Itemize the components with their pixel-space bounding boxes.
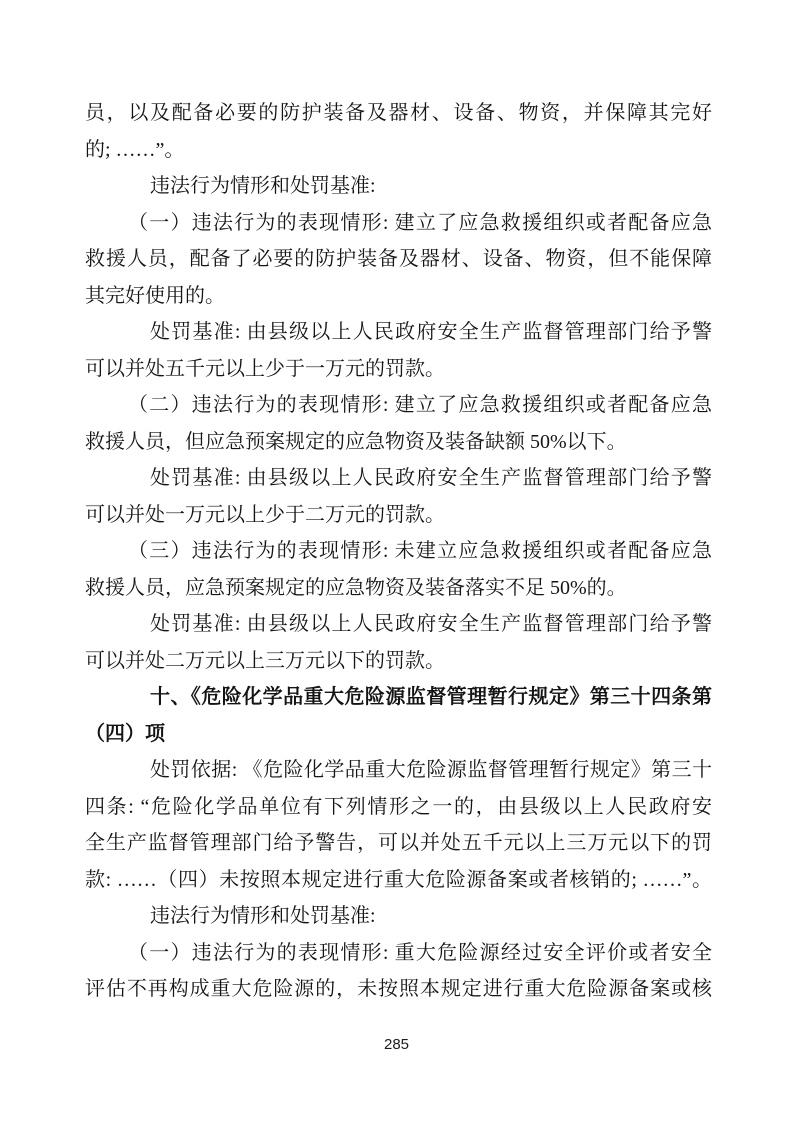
text-line: （一）违法行为的表现情形: 建立了应急救援组织或者配备应急	[85, 205, 712, 242]
text-line: （一）违法行为的表现情形: 重大危险源经过安全评价或者安全	[85, 935, 712, 972]
text-line: 评估不再构成重大危险源的，未按照本规定进行重大危险源备案或核	[85, 971, 712, 1008]
text-line: 处罚基准: 由县级以上人民政府安全生产监督管理部门给予警告，	[85, 460, 712, 497]
text-line: 可以并处五千元以上少于一万元的罚款。	[85, 351, 712, 388]
text-line: （二）违法行为的表现情形: 建立了应急救援组织或者配备应急	[85, 387, 712, 424]
text-line: 处罚基准: 由县级以上人民政府安全生产监督管理部门给予警告，	[85, 314, 712, 351]
text-line: 救援人员，但应急预案规定的应急物资及装备缺额 50%以下。	[85, 424, 712, 461]
text-line: （三）违法行为的表现情形: 未建立应急救援组织或者配备应急	[85, 533, 712, 570]
text-line: 可以并处一万元以上少于二万元的罚款。	[85, 497, 712, 534]
text-line: 救援人员，应急预案规定的应急物资及装备落实不足 50%的。	[85, 570, 712, 607]
text-line: 款: ……（四）未按照本规定进行重大危险源备案或者核销的; ……”。	[85, 862, 712, 899]
document-body: 员，以及配备必要的防护装备及器材、设备、物资，并保障其完好的; ……”。违法行为…	[85, 95, 712, 1008]
text-line: 处罚基准: 由县级以上人民政府安全生产监督管理部门给予警告，	[85, 606, 712, 643]
text-line: 四条: “危险化学品单位有下列情形之一的，由县级以上人民政府安	[85, 789, 712, 826]
text-line: 处罚依据: 《危险化学品重大危险源监督管理暂行规定》第三十	[85, 752, 712, 789]
text-line: 其完好使用的。	[85, 278, 712, 315]
text-line: 违法行为情形和处罚基准:	[85, 898, 712, 935]
section-heading-line: （四）项	[85, 716, 712, 753]
page-number: 285	[0, 1036, 793, 1053]
text-line: 员，以及配备必要的防护装备及器材、设备、物资，并保障其完好	[85, 95, 712, 132]
text-line: 救援人员，配备了必要的防护装备及器材、设备、物资，但不能保障	[85, 241, 712, 278]
text-line: 可以并处二万元以上三万元以下的罚款。	[85, 643, 712, 680]
section-heading-line: 十、《危险化学品重大危险源监督管理暂行规定》第三十四条第	[85, 679, 712, 716]
document-page: 员，以及配备必要的防护装备及器材、设备、物资，并保障其完好的; ……”。违法行为…	[0, 0, 793, 1122]
text-line: 违法行为情形和处罚基准:	[85, 168, 712, 205]
text-line: 全生产监督管理部门给予警告，可以并处五千元以上三万元以下的罚	[85, 825, 712, 862]
text-line: 的; ……”。	[85, 132, 712, 169]
